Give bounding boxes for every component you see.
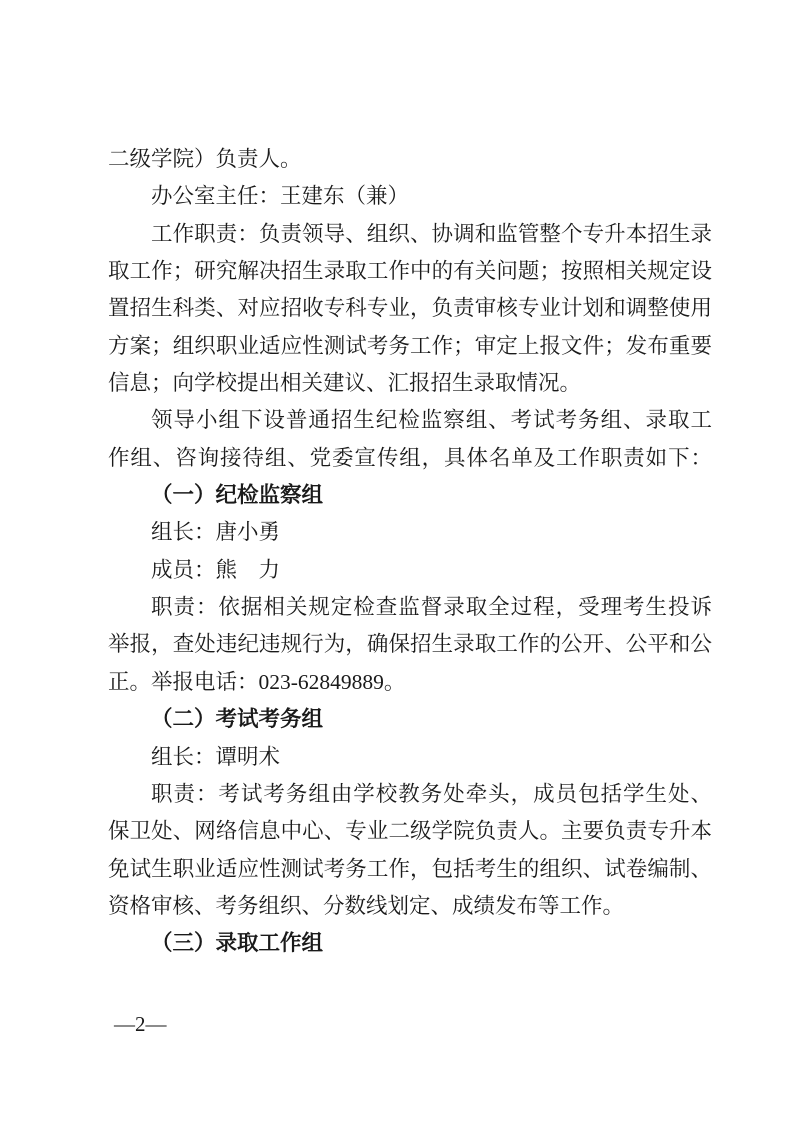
text-line: 职责：考试考务组由学校教务处牵头，成员包括学生处、 [108,776,712,813]
text-line: 作组、咨询接待组、党委宣传组，具体名单及工作职责如下： [108,440,712,477]
text-line: 组长：唐小勇 [108,514,712,551]
text-line: 方案；组织职业适应性测试考务工作；审定上报文件；发布重要 [108,328,712,365]
text-line: 成员：熊 力 [108,552,712,589]
text-line: 免试生职业适应性测试考务工作，包括考生的组织、试卷编制、 [108,851,712,888]
text-line: 职责：依据相关规定检查监督录取全过程，受理考生投诉 [108,589,712,626]
text-line: 办公室主任：王建东（兼） [108,178,712,215]
text-line: 领导小组下设普通招生纪检监察组、考试考务组、录取工 [108,402,712,439]
section-heading: （三）录取工作组 [108,925,712,962]
text-line: 正。举报电话：023-62849889。 [108,664,712,701]
section-heading: （一）纪检监察组 [108,477,712,514]
section-heading: （二）考试考务组 [108,701,712,738]
text-line: 组长：谭明术 [108,739,712,776]
document-page: 二级学院）负责人。办公室主任：王建东（兼）工作职责：负责领导、组织、协调和监管整… [0,0,794,1122]
text-line: 信息；向学校提出相关建议、汇报招生录取情况。 [108,365,712,402]
text-line: 保卫处、网络信息中心、专业二级学院负责人。主要负责专升本 [108,813,712,850]
text-line: 资格审核、考务组织、分数线划定、成绩发布等工作。 [108,888,712,925]
text-line: 取工作；研究解决招生录取工作中的有关问题；按照相关规定设 [108,253,712,290]
page-number: —2— [114,1006,167,1043]
text-line: 工作职责：负责领导、组织、协调和监管整个专升本招生录 [108,216,712,253]
text-line: 二级学院）负责人。 [108,141,712,178]
document-body: 二级学院）负责人。办公室主任：王建东（兼）工作职责：负责领导、组织、协调和监管整… [108,141,712,963]
text-line: 举报，查处违纪违规行为，确保招生录取工作的公开、公平和公 [108,626,712,663]
text-line: 置招生科类、对应招收专科专业，负责审核专业计划和调整使用 [108,290,712,327]
